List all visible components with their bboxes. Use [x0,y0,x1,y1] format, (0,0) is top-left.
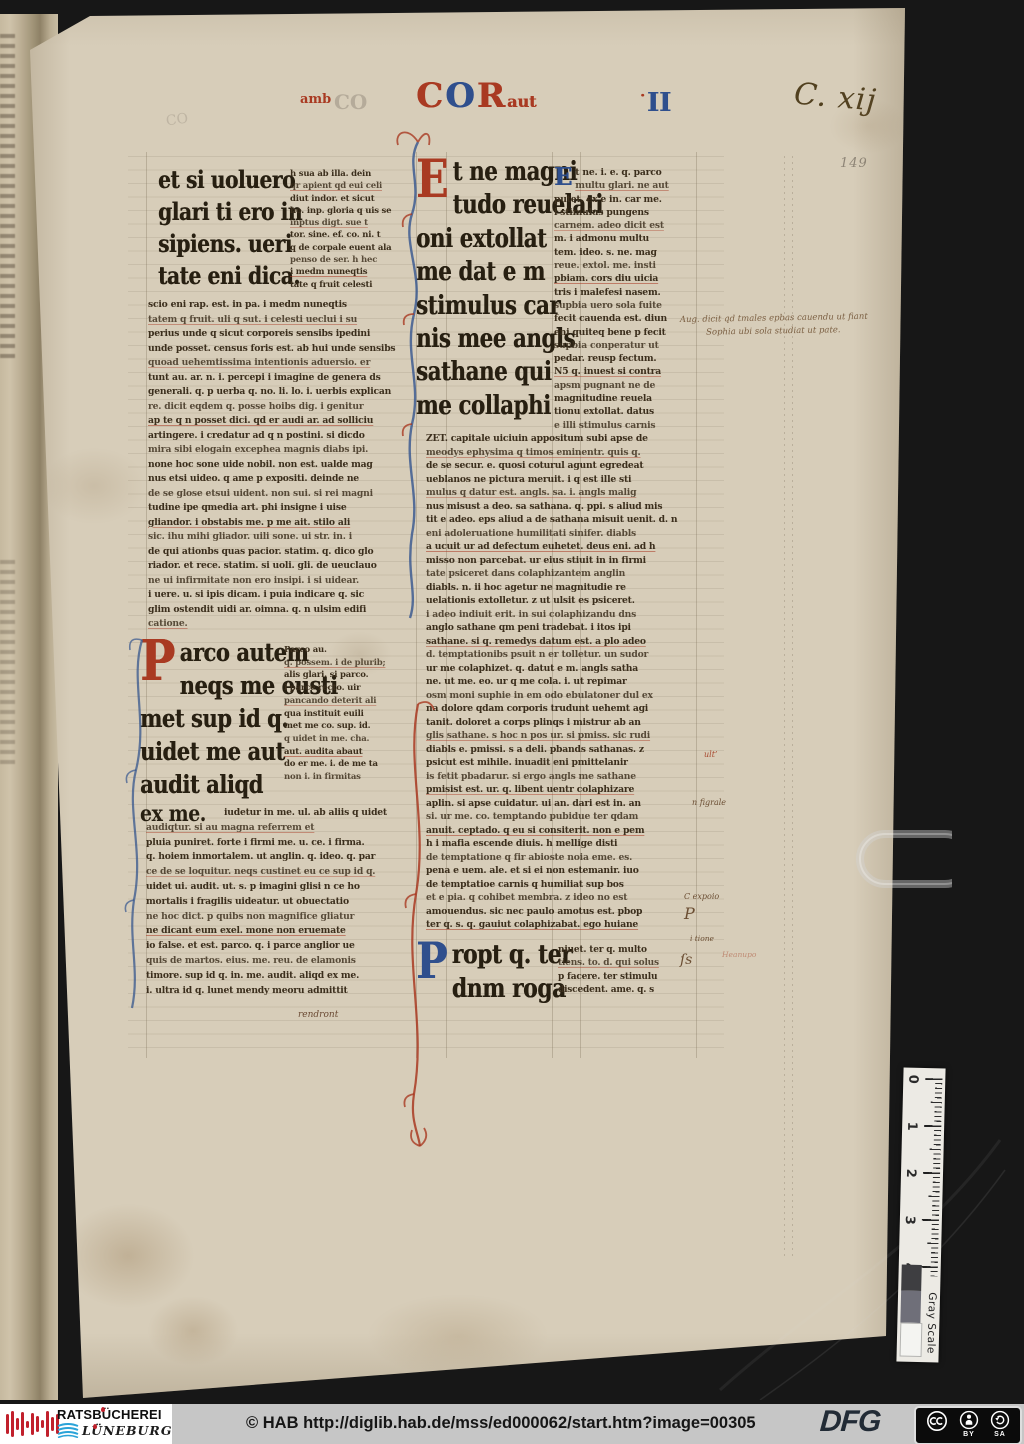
lemma-block-2: P arco autemneqs me eustimet sup id q.ui… [140,636,298,801]
gloss-line: discedent. ame. q. s [558,984,700,997]
gloss-line: magnitudine reuela [554,392,700,405]
gloss-line: tunt au. ar. n. i. percepi i imagine de … [148,371,418,386]
gloss-line: scio eni rap. est. in pa. i medm nuneqti… [148,298,418,313]
logo-bar [31,1413,34,1435]
cc-sa-sharealike-icon [989,1409,1011,1431]
ruler-number: 1 [904,1119,919,1134]
gloss-line: q. hoiem inmortalem. ut anglin. q. ideo.… [146,850,426,865]
gloss-line: putet. ex e in. car me. [554,193,700,206]
initial-E-blue: E [554,167,572,186]
running-title-suffix: aut [507,92,536,111]
marginal-annotation: Aug. dicit qd tmales epbas cauendu ut fi… [680,310,916,340]
lemma-line: nis mee angls [416,323,575,356]
gloss-line: ce de se loquitur. neqs custinet eu ce s… [146,865,426,880]
gloss-line: quis de martos. eius. me. reu. de elamon… [146,954,426,969]
gloss-line: d. temptationibs psuit n er tolletur. un… [426,648,704,662]
lemma-line: sathane qui [416,356,575,389]
gloss-line: uidet ui. audit. ut. s. p imagini glisi … [146,880,426,895]
gloss-line: pbiam. cors diu uicia [554,272,700,285]
gloss-line: qr apient qd eui celi [290,180,400,192]
gray-patches [900,1265,922,1357]
gloss-line: tor. sine. ef. co. ni. t [290,229,400,241]
gloss-line: supbia uero sola fuite [554,299,700,312]
logo-bars-icon [6,1409,59,1439]
ruler-label: Gray Scale [925,1292,939,1354]
gloss-line: ZET. capitale uiciuin appositum subi aps… [426,432,704,446]
gloss-line: tudine ipe qmedia art. phi insigne i uis… [148,501,418,516]
gloss-line: i. ultra id q. lunet mendy meoru admitti… [146,984,426,999]
gloss-line: tate q fruit celesti [290,279,400,291]
gloss-line: non i. in firmitas [284,771,398,784]
gloss-line: amouendus. sic nec paulo amotus est. pbo… [426,905,704,919]
lemma-line: stimulus car [416,290,575,323]
gloss-line: ne hoc dict. p quibs non magnifice gliat… [146,910,426,925]
gloss-line: diabls e. pmissi. s a deli. pbands satha… [426,743,704,757]
gloss-line: none hoc sone uide nobil. non est. ualde… [148,458,418,473]
gloss-line: i uere. u. si ipis dicam. i puia indicar… [148,588,418,603]
logo-bar [16,1418,19,1430]
cc-by-sa-license-badge: BY SA [914,1406,1022,1444]
margin-note: C expoio [684,892,719,901]
gloss-line: nus etsi uideo. q ame p expositi. deinde… [148,472,418,487]
scribal-note: rendront [298,1010,338,1020]
gloss-line: h i mafia escende diuis. h mellige disti [426,837,704,851]
gloss-line: iudetur in me. ul. ab aliis q uidet [146,806,426,821]
gloss-line: pluia puniret. forte i firmi me. u. ce. … [146,836,426,851]
gloss-line: glim ostendit uidi ar. oimna. q. n ulsim… [148,603,418,618]
gloss-line: ter q. s. q. gauiut colaphizabat. ego hu… [426,918,704,932]
gloss-line: meodys ephysima q timos eminentr. quis q… [426,446,704,460]
chapter-numeral: II [640,88,671,118]
gloss-line: de temptatioe carnis q humiliat sup bos [426,878,704,892]
gloss-line: gliandor. i obstabis me. p me ait. stilo… [148,516,418,531]
gloss-line: tris i malefesi nasem. [554,286,700,299]
running-title-letter: R [477,76,507,116]
gloss-line: de temptatione q fir abioste noia eme. e… [426,851,704,865]
gloss-line: h sua ab illa. dein [290,168,400,180]
gloss-line: uelationis extolletur. z ut ulsit es psi… [426,594,704,608]
logo-bar [21,1412,24,1436]
lemma-block-4: P ropt q. terdnm roga [416,938,536,1006]
margin-note: Heanupo [722,950,756,959]
gloss-line: anglo sathane qm peni tradebat. i itos i… [426,621,704,635]
umlaut-dot [101,1407,105,1412]
gray-patch-white [900,1323,923,1358]
folio-number-ink: C. xij [793,76,879,118]
gloss-line: tit e adeo. eps aliud a de sathana misui… [426,513,704,527]
gloss-line: q de corpale euent ala [290,242,400,254]
scan-viewport: amb CO CO CORaut II C. xij 149 et si uol… [0,0,1024,1444]
umlaut-dot [93,1424,97,1429]
ratsbuecherei-logo: RATSBÜCHEREI LÜNEBURG [0,1404,172,1444]
gloss-lines: t ne. i. e. q. parcomultu glari. ne autp… [554,166,700,432]
gloss-line: do er me. i. de me ta [284,758,398,771]
logo-bar [46,1411,49,1437]
gloss-line: i stimulus pungens [554,206,700,219]
gloss-line: sathane. si q. remedys datum est. a plo … [426,635,704,649]
lemma-line: me collaphi [416,390,575,423]
gloss-line: e illi stimulus carnis [554,419,700,432]
copyright-url-text: © HAB http://diglib.hab.de/mss/ed000062/… [246,1414,756,1433]
plastic-page-clip [852,826,952,894]
decorated-initial-P-red: P [140,639,175,684]
gloss-line: tanit. doloret a corps plinqs i mistrur … [426,716,704,730]
gray-patch-dark [901,1265,922,1291]
cc-by-column: BY [958,1409,980,1438]
cc-by-person-icon [958,1409,980,1431]
ruler-number: 0 [905,1072,920,1087]
gloss-line: artingere. i credatur ad q n postini. si… [148,429,418,444]
gloss-line: i adeo indiuit erit. in sui colaphizandu… [426,608,704,622]
gloss-line: tate psiceret dans colaphizantem anglin [426,567,704,581]
gloss-line: tatem q fruit. uli q sut. i celesti uecl… [148,313,418,328]
gloss-line: de se glose etsui uident. non sui. si re… [148,487,418,502]
gloss-line: timore. sup id q. in. me. audit. aliqd e… [146,969,426,984]
lemma-line: uidet me aut [140,735,298,768]
gloss-line: anuit. ceptado. q eu si consiterit. non … [426,824,704,838]
gloss-line: q uidet in me. cha. [284,733,398,746]
gloss-line: m. i admonu multu [554,232,700,245]
gloss-line: re. dicit eqdem q. posse hoibs dig. i ge… [148,400,418,415]
lemma-line: me dat e m [416,256,575,289]
gloss-line: unde posset. census foris est. ab hui un… [148,342,418,357]
lemma-line: met sup id q. [140,702,298,735]
gloss-line: niuet. ter q. multo [558,944,700,957]
gloss-line: riador. et rece. statim. si uoli. gli. d… [148,559,418,574]
gloss-line: i parce recto. uir [284,682,398,695]
mat-scratches [700,1100,1010,1400]
gloss-line: ne. ut me. eo. ur q me cola. i. ut repim… [426,675,704,689]
logo-bar [11,1411,14,1437]
decorated-initial-E-red: E [416,159,449,201]
margin-note: ſs [680,952,692,968]
gloss-bottom-right: niuet. ter q. multotiens. to. d. qui sol… [558,944,700,998]
logo-bar [6,1414,9,1434]
gloss-line: si. ur me. co. temptando pubidue ter qda… [426,810,704,824]
cc-sa-column: SA [989,1409,1011,1438]
gloss-line: tionu extollat. datus [554,405,700,418]
grayscale-ruler: 0 1 2 3 4 Gray Scale [896,1068,945,1363]
margin-note-pen-trial: P [684,904,695,923]
gloss-line: tiens. to. d. qui solus [558,957,700,970]
gloss-line: de qui ationbs quas pacior. statim. q. d… [148,545,418,560]
gloss-line: carnem. adeo dicit est [554,219,700,232]
margin-note: ult’ [704,750,717,759]
lemma-line: tate eni dica. [158,260,302,292]
logo-bar [26,1421,29,1428]
showthrough-text-marks [0,34,15,364]
decorated-initial-P-blue: P [416,941,448,981]
gloss-line: nus misust a deo. sa sathana. q. ppi. s … [426,500,704,514]
gloss-line: pena e uem. ale. et si ei non estemanir.… [426,864,704,878]
gloss-line: reue. extol. me. insti [554,259,700,272]
cc-by-label: BY [963,1431,975,1438]
margin-note: n figrale [692,798,726,807]
ruler-number: 2 [903,1166,918,1181]
logo-bar [36,1416,39,1432]
gloss-line: met me co. sup. id. [284,720,398,733]
gloss-line: apsm pugnant ne de [554,379,700,392]
gloss-line: quoad uehemtissima intentionis aduersio.… [148,356,418,371]
gloss-line: glis sathane. s hoc n pos ur. si pmiss. … [426,729,704,743]
gloss-line: penso de ser. h hec [290,254,400,266]
gloss-line: qua instituit euili [284,708,398,721]
lemma-line: oni extollat [416,223,575,256]
gloss-line: p facere. ter stimulu [558,971,700,984]
gloss-line: pedar. reusp fectum. [554,352,700,365]
gloss-line: io false. et est. parco. q. i parce angl… [146,939,426,954]
logo-bar [51,1417,54,1431]
gloss-line: q. possem. i de plurib; [284,657,398,670]
gloss-line: t ne. i. e. q. parco [575,166,700,179]
gloss-left-main: scio eni rap. est. in pa. i medm nuneqti… [148,298,418,632]
gloss-line: i medm nuneqtis [290,266,400,278]
gloss-line: ap te q n posset dici. qd er audi ar. ad… [148,414,418,429]
gloss-line: multu glari. ne aut [575,179,700,192]
gloss-line: aut. audita abaut [284,746,398,759]
running-title-letter: C [416,76,445,116]
gloss-side-1: h sua ab illa. deinqr apient qd eui celi… [290,168,400,291]
gloss-line: mira sibi elogain excephea magnis diabs … [148,443,418,458]
gloss-line: generali. q. p uerba q. no. li. lo. i. u… [148,385,418,400]
running-title-ghost: CO [334,90,367,114]
running-title-left: amb [300,92,331,107]
lemma-line: et si uoluero [158,164,302,196]
gloss-line: aplin. si apse cuidatur. ui an. dari est… [426,797,704,811]
lemma-line: audit aliqd [140,768,298,801]
gloss-line: et e pia. q cohibet membra. z ideo no es… [426,891,704,905]
cc-sa-label: SA [994,1431,1006,1438]
gloss-line: ne ui infirmitate non ero insipi. i si u… [148,574,418,589]
ruler-ticks [921,1078,943,1276]
gloss-line: pancando deterit ali [284,695,398,708]
gloss-right-column: E t ne. i. e. q. parcomultu glari. ne au… [554,166,700,432]
lemma-line: sipiens. ueri [158,228,302,260]
dfg-logo: DFG [819,1405,882,1439]
gloss-center-main: ZET. capitale uiciuin appositum subi aps… [426,432,704,932]
gloss-line: misso non parcebat. ur eius stiuit in in… [426,554,704,568]
gloss-line: mulus q datur est. angls. sa. i. angls m… [426,486,704,500]
cc-logo-column [925,1409,949,1433]
cc-icon [925,1409,949,1433]
logo-bar [41,1420,44,1428]
footer-bar: RATSBÜCHEREI LÜNEBURG © HAB http://digli… [0,1404,1024,1444]
lemma-line: glari ti ero in [158,196,302,228]
gloss-line: de se secur. e. quosi coturul agunt egre… [426,459,704,473]
gloss-line: pmisist est. ur. q. libent uentr colaphi… [426,783,704,797]
margin-note: i tione [690,934,714,943]
gloss-line: catione. [148,617,418,632]
gloss-line: tem. ideo. s. ne. mag [554,246,700,259]
lemma-block-3: E t ne magnitudo reuelationi extollatme … [416,156,575,423]
gloss-line: ur me colaphizet. q. datut e m. angls sa… [426,662,704,676]
gloss-line: a ucuit ur ad defectum euhetet. deus eni… [426,540,704,554]
gloss-line: inptus digt. sue t [290,217,400,229]
gloss-line: diabls. n. ii hoc agetur ne magnitudie r… [426,581,704,595]
gloss-left-bottom: iudetur in me. ul. ab aliis q uidetaudiq… [146,806,426,998]
running-title: CORaut [416,76,536,116]
gloss-line: mortalis i fragilis uideatur. ut obuecta… [146,895,426,910]
brand-name-top: RATSBÜCHEREI [57,1407,162,1422]
gloss-line: N5 q. inuest si contra [554,365,700,378]
gloss-line: supbia conperatur ut [554,339,700,352]
gloss-line: ne dicant eum exel. mone non eruemate [146,924,426,939]
gloss-line: diut indor. et sicut [290,193,400,205]
gloss-line: eni adoleruatione humilitati sinifer. di… [426,527,704,541]
gloss-line: sic. ihu mihi gliador. uili sone. ui str… [148,530,418,545]
gloss-line: osm moni suphie in em odo ebulatoner dul… [426,689,704,703]
gloss-line: alis glari. si parco. [284,669,398,682]
pencil-ghost-mark: CO [165,111,189,130]
gloss-line: audiqtur. si au magna referrem et [146,821,426,836]
gloss-side-2: Parco au.q. possem. i de plurib;alis gla… [284,644,398,784]
lemma-lines: et si uolueroglari ti ero insipiens. uer… [158,164,302,292]
gloss-line: perius unde q sicut corporeis sensibs ip… [148,327,418,342]
gloss-line: eni quiteq bene p fecit [554,326,700,339]
gray-patch-mid [900,1291,921,1323]
gloss-line: fecit cauenda est. diun [554,312,700,325]
running-title-letter: O [445,76,477,116]
showthrough-text-marks [0,560,15,770]
gloss-line: na dolore qdam corporis trudunt uehemt a… [426,702,704,716]
gloss-line: is fetit pbadarur. si ergo angls me sath… [426,770,704,784]
folio-number-pencil: 149 [840,156,868,171]
lueneburg-book-icon [57,1423,79,1438]
lemma-block-1: et si uolueroglari ti ero insipiens. uer… [158,164,302,292]
gloss-line: ho. inp. gloria q uis se [290,205,400,217]
ruler-number: 3 [902,1213,917,1228]
gloss-line: psicut est mihile. inuadit eni pmittelan… [426,756,704,770]
annotation-line: Sophia ubi sola studiat ut pate. [680,323,916,340]
gloss-line: ueblanos ne pictura meruit. i q est ille… [426,473,704,487]
gloss-line: Parco au. [284,644,398,657]
